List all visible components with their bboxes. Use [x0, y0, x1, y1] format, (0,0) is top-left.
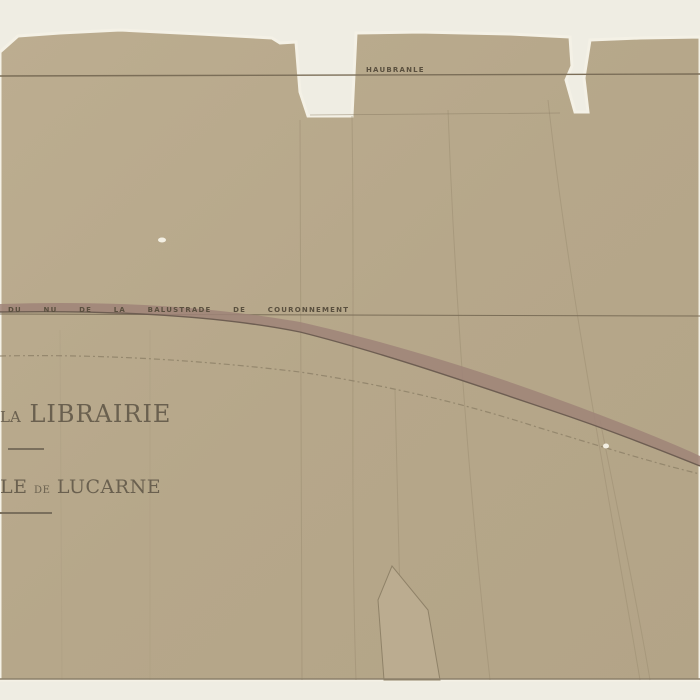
top-line-label: HAUBRANLE [366, 66, 425, 74]
paper-body [0, 30, 700, 680]
title-librairie-prefix: LA [0, 408, 21, 426]
architectural-drawing-sheet: HAUBRANLE DU NU DE LA BALUSTRADE DE COUR… [0, 0, 700, 700]
title-lucarne-main: LUCARNE [57, 476, 161, 498]
paper-fragments [0, 0, 700, 700]
title-divider-2 [0, 512, 52, 514]
balustrade-line-label: DU NU DE LA BALUSTRADE DE COURONNEMENT [8, 306, 349, 314]
title-lucarne-connector: DE [34, 485, 50, 496]
title-divider-1 [8, 448, 44, 450]
title-librairie: LA LIBRAIRIE [0, 400, 171, 428]
title-lucarne-prefix: LE [0, 476, 28, 498]
title-librairie-main: LIBRAIRIE [29, 400, 171, 428]
title-lucarne: LE DE LUCARNE [0, 476, 161, 498]
